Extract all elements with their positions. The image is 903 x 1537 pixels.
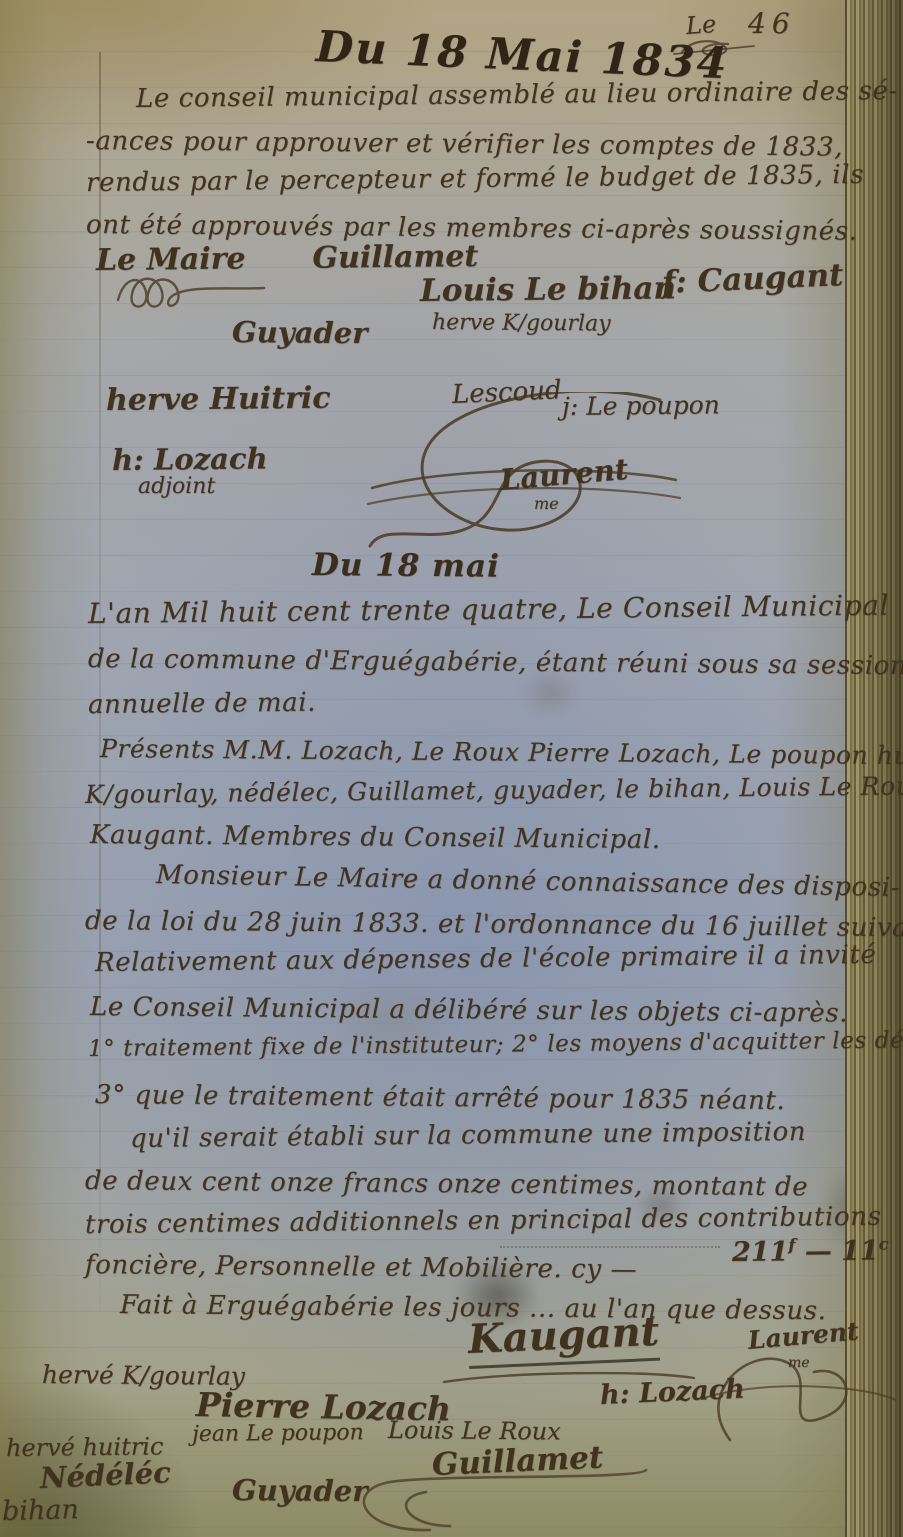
- signature-caugant: f: Caugant: [661, 260, 844, 299]
- signature-nedelec: Nédéléc: [39, 1458, 171, 1493]
- date-heading: Du 18 Mai 1834: [315, 26, 729, 86]
- signature-guillamet: Guillamet: [312, 239, 478, 276]
- manuscript-line: -ances pour approuver et vérifier les co…: [86, 128, 843, 161]
- margin-rule-line: [99, 52, 101, 1312]
- manuscript-line: de la loi du 28 juin 1833. et l'ordonnan…: [85, 908, 903, 942]
- signature-guyader: Guyader: [232, 318, 368, 348]
- manuscript-line: 1° traitement fixe de l'instituteur; 2° …: [88, 1029, 903, 1061]
- folio-label: Le: [685, 12, 717, 38]
- manuscript-line: rendus par le percepteur et formé le bud…: [86, 162, 864, 196]
- manuscript-line: Le Conseil Municipal a délibéré sur les …: [90, 994, 848, 1027]
- manuscript-line: annuelle de mai.: [88, 690, 316, 718]
- imposition-amount: 211f — 11c: [732, 1236, 889, 1266]
- manuscript-line: 3° que le traitement était arrêté pour 1…: [95, 1082, 786, 1114]
- amount-dash: —: [805, 1236, 832, 1267]
- signature-lozach: h: Lozach: [112, 444, 268, 475]
- manuscript-line: trois centimes additionnels en principal…: [85, 1204, 882, 1238]
- signature-jean-le-poupon: jean Le poupon: [192, 1422, 364, 1446]
- manuscript-line: Kaugant. Membres du Conseil Municipal.: [90, 822, 661, 853]
- amount-centimes-unit: c: [879, 1234, 889, 1253]
- manuscript-page-photo: Du 18 Mai 1834 Le 46 Le conseil municipa…: [0, 0, 903, 1537]
- amount-francs: 211: [732, 1236, 789, 1268]
- manuscript-line: de deux cent onze francs onze centimes, …: [85, 1168, 808, 1200]
- folio-number: 46: [748, 10, 796, 38]
- manuscript-line: foncière, Personnelle et Mobilière. cy —: [85, 1252, 637, 1283]
- manuscript-line: L'an Mil huit cent trente quatre, Le Con…: [88, 592, 889, 628]
- signature-lozach-title: adjoint: [138, 476, 215, 498]
- signature-le-poupon: j: Le poupon: [562, 392, 720, 419]
- manuscript-line: Monsieur Le Maire a donné connaissance d…: [156, 862, 900, 901]
- signature-maire-guillamet: Le Maire Guillamet: [96, 242, 479, 276]
- signature-h-lozach-bottom: h: Lozach: [599, 1376, 745, 1409]
- amount-centimes: 11: [841, 1235, 879, 1266]
- signature-lescoud: Lescoud: [451, 377, 562, 408]
- signature-huitric: herve Huitric: [106, 384, 331, 416]
- session-heading: Du 18 mai: [312, 550, 500, 583]
- signature-kergourlay: herve K/gourlay: [432, 312, 611, 336]
- manuscript-line: qu'il serait établi sur la commune une i…: [130, 1119, 806, 1152]
- signature-le-bihan: Louis Le bihan: [420, 273, 676, 307]
- manuscript-line: de la commune d'Erguégabérie, étant réun…: [88, 646, 903, 679]
- signature-laurent-title: me: [534, 496, 559, 512]
- signature-bihan: bihan: [2, 1496, 79, 1525]
- amount-francs-unit: f: [788, 1235, 795, 1254]
- manuscript-line: Présents M.M. Lozach, Le Roux Pierre Loz…: [100, 736, 903, 769]
- manuscript-line: Le conseil municipal assemblé au lieu or…: [136, 78, 898, 112]
- manuscript-line: K/gourlay, nédélec, Guillamet, guyader, …: [85, 773, 903, 807]
- signature-guyader-bottom: Guyader: [232, 1476, 368, 1506]
- signature-louis-le-roux: Louis Le Roux: [388, 1418, 561, 1444]
- maire-label: Le Maire: [96, 241, 246, 278]
- dotted-leader: [500, 1246, 720, 1248]
- signature-kaugant: Kaugant: [467, 1312, 660, 1360]
- signature-laurent-bottom-title: me: [788, 1356, 810, 1370]
- signature-guillamet-bottom: Guillamet: [431, 1443, 603, 1481]
- manuscript-line: Relativement aux dépenses de l'école pri…: [95, 942, 877, 976]
